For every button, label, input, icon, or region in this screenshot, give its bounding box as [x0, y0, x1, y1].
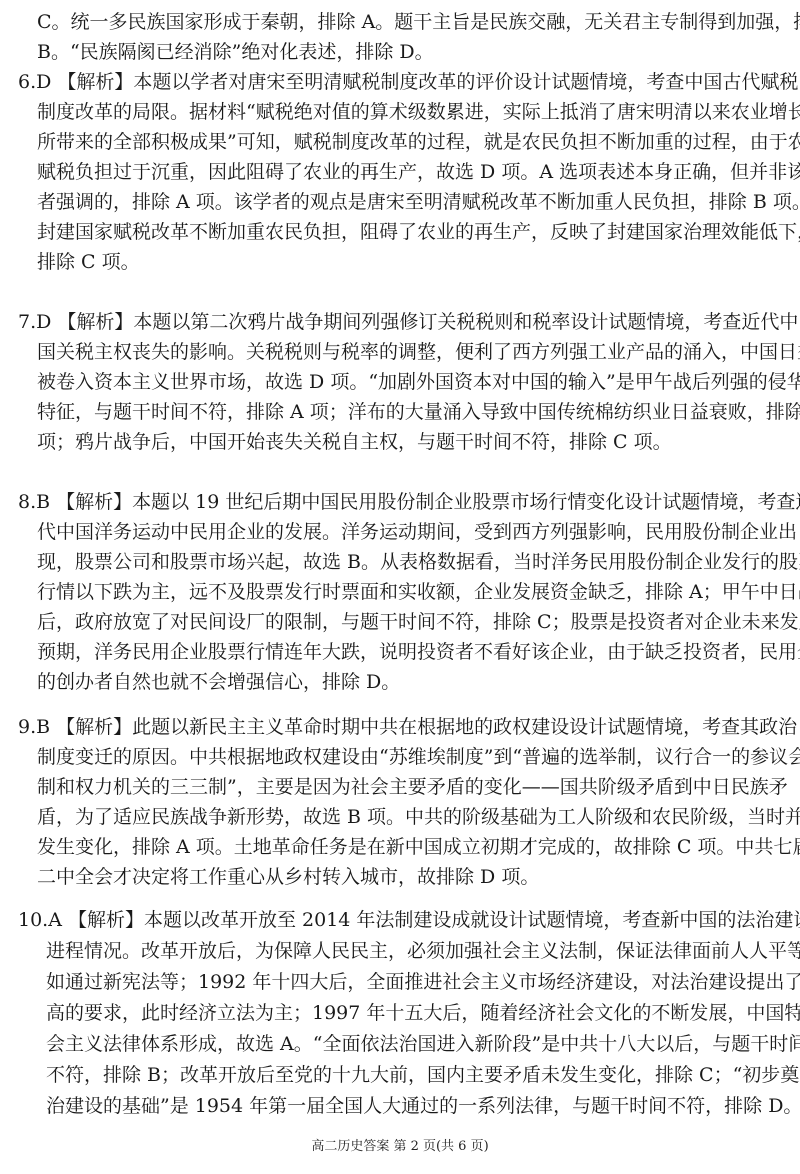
question-6-line-5: 者强调的，排除 A 项。该学者的观点是唐宋至明清赋税改革不断加重人民负担，排除 … — [37, 187, 780, 217]
question-6-line-7: 排除 C 项。 — [37, 247, 780, 277]
question-6-line-3: 所带来的全部积极成果”可知，赋税制度改革的过程，就是农民负担不断加重的过程，由于… — [37, 127, 780, 157]
question-9-line-6: 二中全会才决定将工作重心从乡村转入城市，故排除 D 项。 — [37, 862, 780, 892]
question-8-line-7: 的创办者自然也就不会增强信心，排除 D。 — [37, 667, 780, 697]
question-8-line-1: 8.B 【解析】本题以 19 世纪后期中国民用股份制企业股票市场行情变化设计试题… — [18, 487, 780, 517]
question-7-line-4: 特征，与题干时间不符，排除 A 项；洋布的大量涌入导致中国传统棉纺织业日益衰败，… — [37, 397, 780, 427]
question-7-line-2: 国关税主权丧失的影响。关税税则与税率的调整，便利了西方列强工业产品的涌入，中国日… — [37, 337, 780, 367]
question-8-line-4: 行情以下跌为主，远不及股票发行时票面和实收额，企业发展资金缺乏，排除 A；甲午中… — [37, 577, 780, 607]
question-10-line-3: 如通过新宪法等；1992 年十四大后，全面推进社会主义市场经济建设，对法治建设提… — [46, 967, 780, 997]
question-10-line-1: 10.A 【解析】本题以改革开放至 2014 年法制建设成就设计试题情境，考查新… — [18, 905, 780, 935]
question-8-line-3: 现，股票公司和股票市场兴起，故选 B。从表格数据看，当时洋务民用股份制企业发行的… — [37, 547, 780, 577]
question-9-line-3: 制和权力机关的三三制”，主要是因为社会主要矛盾的变化——国共阶级矛盾到中日民族矛 — [37, 772, 780, 802]
question-6-line-2: 制度改革的局限。据材料“赋税绝对值的算术级数累进，实际上抵消了唐宋明清以来农业增… — [37, 97, 780, 127]
question-10-line-7: 治建设的基础”是 1954 年第一届全国人大通过的一系列法律，与题干时间不符，排… — [46, 1091, 780, 1121]
question-10-line-4: 高的要求，此时经济立法为主；1997 年十五大后，随着经济社会文化的不断发展，中… — [46, 998, 780, 1028]
question-8-line-2: 代中国洋务运动中民用企业的发展。洋务运动期间，受到西方列强影响，民用股份制企业出 — [37, 517, 780, 547]
question-10-line-2: 进程情况。改革开放后，为保障人民民主，必须加强社会主义法制，保证法律面前人人平等… — [46, 936, 780, 966]
question-9-line-1: 9.B 【解析】此题以新民主主义革命时期中共在根据地的政权建设设计试题情境，考查… — [18, 712, 780, 742]
question-6-line-4: 赋税负担过于沉重，因此阻碍了农业的再生产，故选 D 项。A 选项表述本身正确，但… — [37, 157, 780, 187]
question-7-line-5: 项；鸦片战争后，中国开始丧失关税自主权，与题干时间不符，排除 C 项。 — [37, 427, 780, 457]
question-7-line-1: 7.D 【解析】本题以第二次鸦片战争期间列强修订关税税则和税率设计试题情境，考查… — [18, 307, 780, 337]
question-9-line-5: 发生变化，排除 A 项。土地革命任务是在新中国成立初期才完成的，故排除 C 项。… — [37, 832, 780, 862]
page-footer: 高二历史答案 第 2 页(共 6 页) — [0, 1137, 800, 1157]
question-10-line-6: 不符，排除 B；改革开放后至党的十九大前，国内主要矛盾未发生变化，排除 C；“初… — [46, 1060, 780, 1090]
question-8-line-5: 后，政府放宽了对民间设厂的限制，与题干时间不符，排除 C；股票是投资者对企业未来… — [37, 607, 780, 637]
question-7-line-3: 被卷入资本主义世界市场，故选 D 项。“加剧外国资本对中国的输入”是甲午战后列强… — [37, 367, 780, 397]
question-10-line-5: 会主义法律体系形成，故选 A。“全面依法治国进入新阶段”是中共十八大以后，与题干… — [46, 1029, 780, 1059]
question-8-line-6: 预期，洋务民用企业股票行情连年大跌，说明投资者不看好该企业，由于缺乏投资者，民用… — [37, 637, 780, 667]
question-6-line-6: 封建国家赋税改革不断加重农民负担，阻碍了农业的再生产，反映了封建国家治理效能低下… — [37, 217, 780, 247]
question-9-line-2: 制度变迁的原因。中共根据地政权建设由“苏维埃制度”到“普遍的选举制，议行合一的参… — [37, 742, 780, 772]
question-6-line-1: 6.D 【解析】本题以学者对唐宋至明清赋税制度改革的评价设计试题情境，考查中国古… — [18, 67, 780, 97]
q5-continuation-line-2: B。“民族隔阂已经消除”绝对化表述，排除 D。 — [37, 37, 780, 67]
question-9-line-4: 盾，为了适应民族战争新形势，故选 B 项。中共的阶级基础为工人阶级和农民阶级，当… — [37, 802, 780, 832]
q5-continuation-line-1: C。统一多民族国家形成于秦朝，排除 A。题干主旨是民族交融，无关君主专制得到加强… — [37, 7, 780, 37]
